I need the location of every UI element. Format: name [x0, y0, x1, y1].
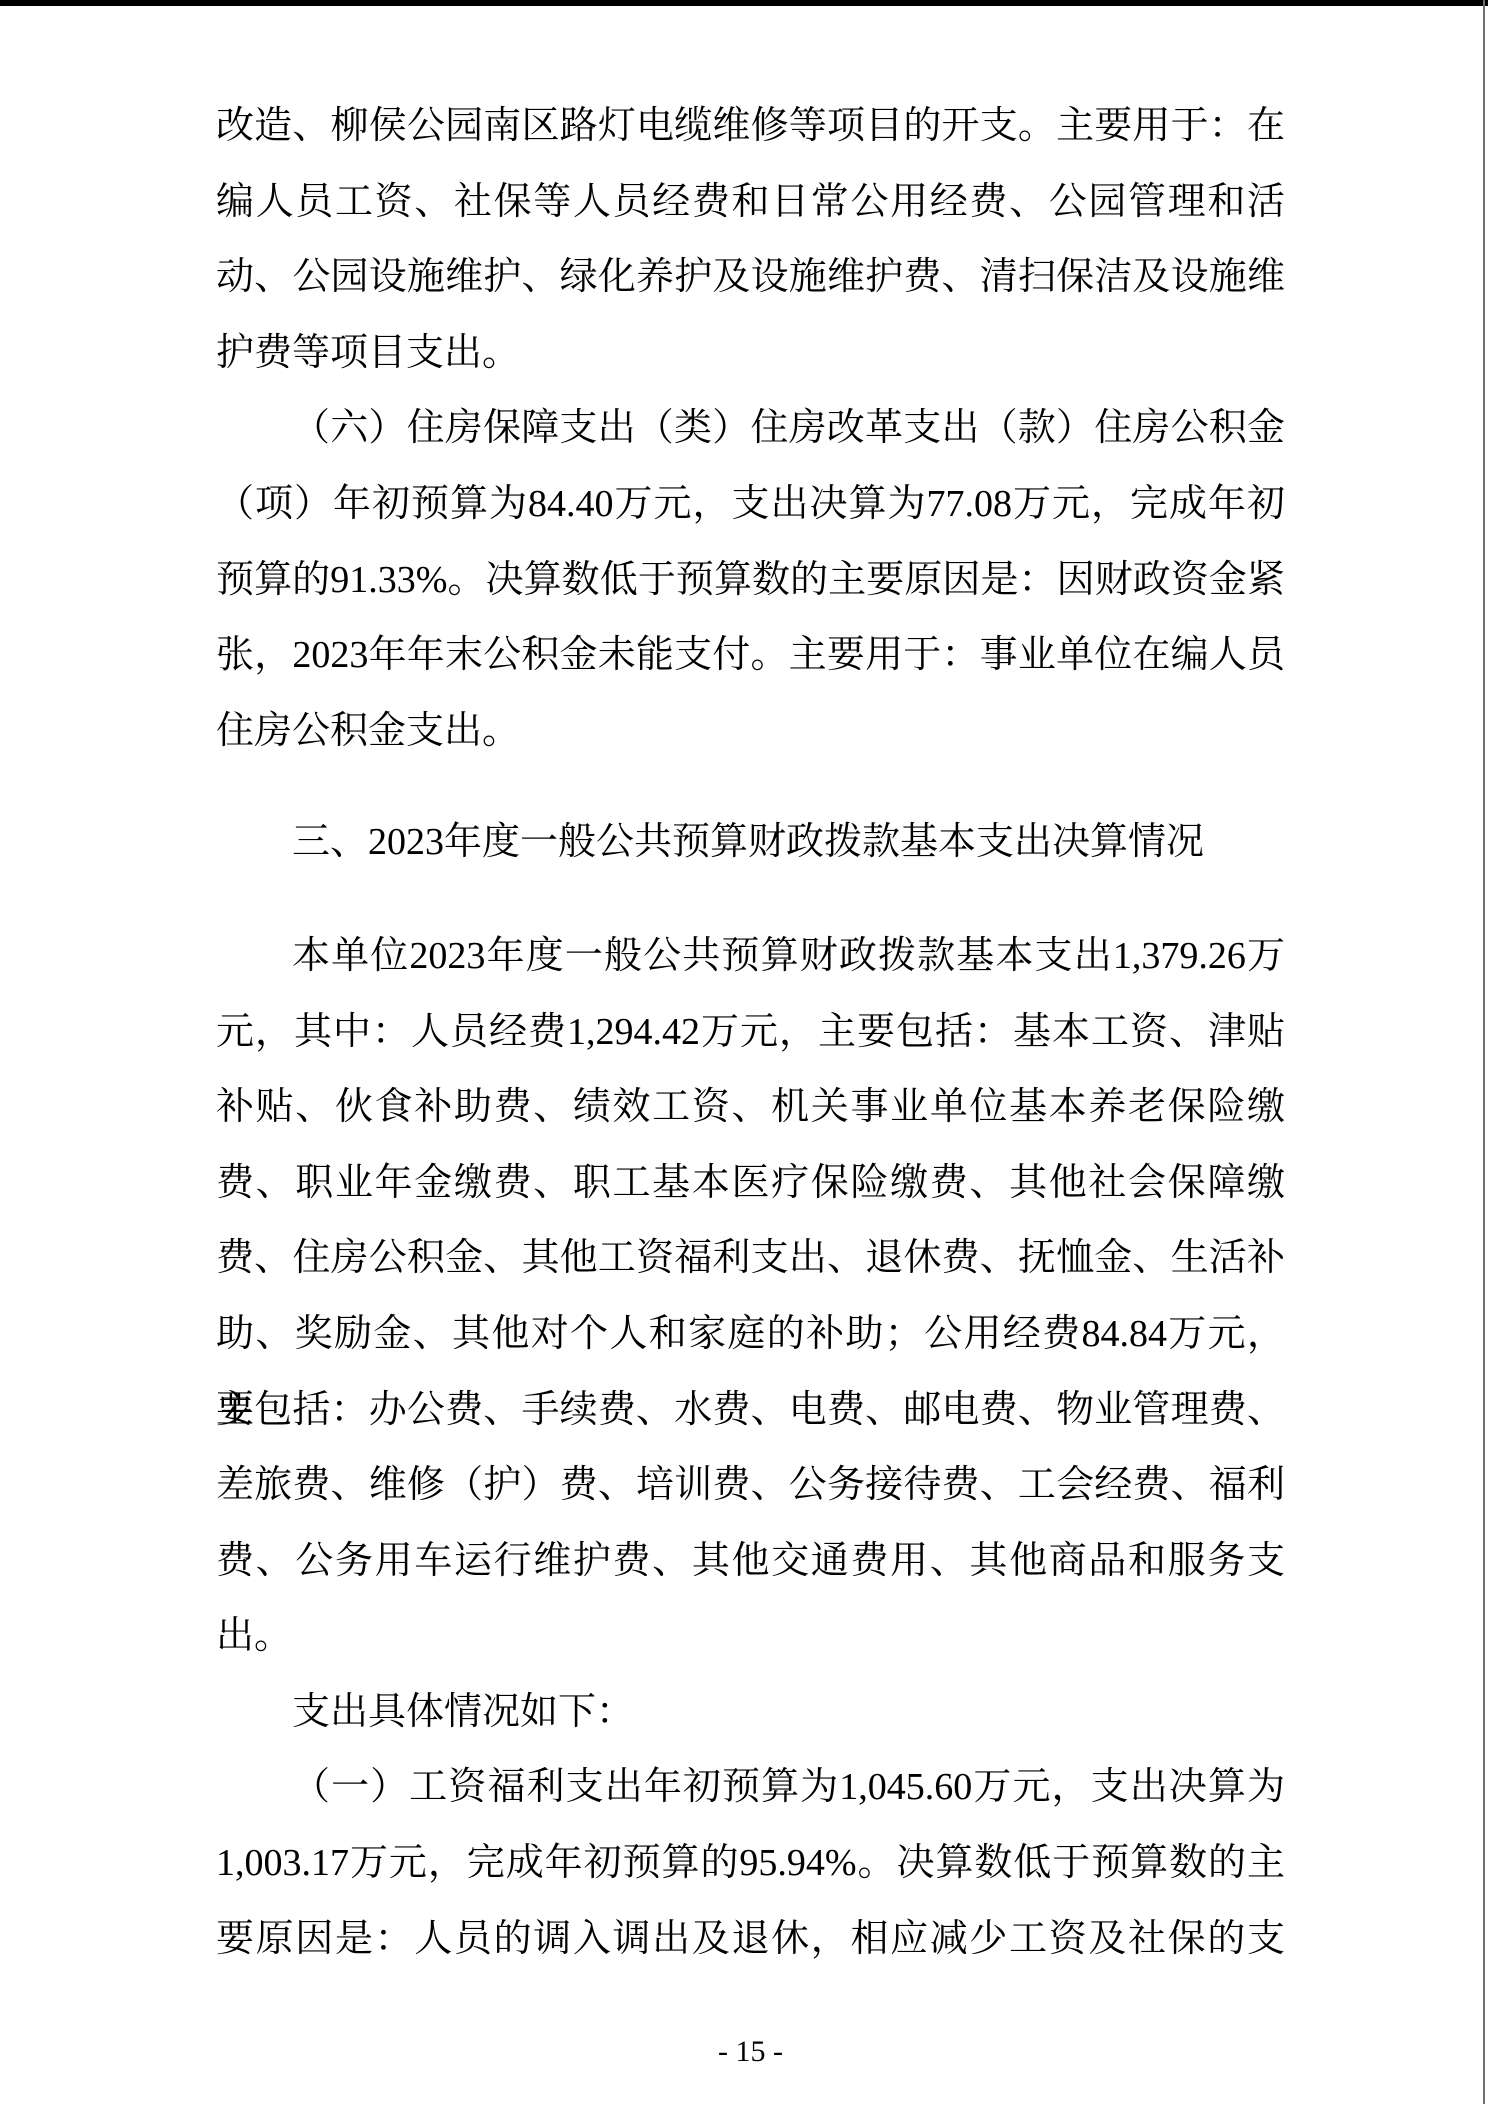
paragraph-line: 费、职业年金缴费、职工基本医疗保险缴费、其他社会保障缴 [216, 1146, 1285, 1222]
paragraph-line: 要原因是：人员的调入调出及退休，相应减少工资及社保的支 [216, 1902, 1285, 1978]
paragraph-line: 护费等项目支出。 [216, 316, 1285, 392]
paragraph-line: 差旅费、维修（护）费、培训费、公务接待费、工会经费、福利 [216, 1448, 1285, 1524]
paragraph-line: 住房公积金支出。 [216, 694, 1285, 770]
paragraph-line: 张，2023年年末公积金未能支付。主要用于：事业单位在编人员 [216, 618, 1285, 694]
page-number: - 15 - [216, 2030, 1285, 2074]
paragraph-line: 费、公务用车运行维护费、其他交通费用、其他商品和服务支 [216, 1524, 1285, 1600]
section-heading: 三、2023年度一般公共预算财政拨款基本支出决算情况 [216, 805, 1285, 881]
document-page: 改造、柳侯公园南区路灯电缆维修等项目的开支。主要用于：在编人员工资、社保等人员经… [0, 0, 1488, 2104]
paragraph-line: 费、住房公积金、其他工资福利支出、退休费、抚恤金、生活补 [216, 1221, 1285, 1297]
paragraph-line: 助、奖励金、其他对个人和家庭的补助；公用经费84.84万元，主 [216, 1297, 1285, 1373]
paragraph-line: 出。 [216, 1599, 1285, 1675]
paragraph-line: 动、公园设施维护、绿化养护及设施维护费、清扫保洁及设施维 [216, 240, 1285, 316]
paragraph-line: 补贴、伙食补助费、绩效工资、机关事业单位基本养老保险缴 [216, 1070, 1285, 1146]
paragraph-line: 本单位2023年度一般公共预算财政拨款基本支出1,379.26万 [216, 919, 1285, 995]
document-body-text: 改造、柳侯公园南区路灯电缆维修等项目的开支。主要用于：在编人员工资、社保等人员经… [216, 89, 1285, 1977]
paragraph-line: 编人员工资、社保等人员经费和日常公用经费、公园管理和活 [216, 165, 1285, 241]
paragraph-line: 1,003.17万元，完成年初预算的95.94%。决算数低于预算数的主 [216, 1826, 1285, 1902]
paragraph-line: （六）住房保障支出（类）住房改革支出（款）住房公积金 [216, 391, 1285, 467]
paragraph-line: 要包括：办公费、手续费、水费、电费、邮电费、物业管理费、 [216, 1373, 1285, 1449]
paragraph-line: 改造、柳侯公园南区路灯电缆维修等项目的开支。主要用于：在 [216, 89, 1285, 165]
scan-artifact-right-edge-line [1483, 0, 1485, 2104]
paragraph-line: 预算的91.33%。决算数低于预算数的主要原因是：因财政资金紧 [216, 543, 1285, 619]
paragraph-line: （一）工资福利支出年初预算为1,045.60万元，支出决算为 [216, 1750, 1285, 1826]
paragraph-line: （项）年初预算为84.40万元，支出决算为77.08万元，完成年初 [216, 467, 1285, 543]
paragraph-line: 元，其中：人员经费1,294.42万元，主要包括：基本工资、津贴 [216, 995, 1285, 1071]
scan-artifact-top-bar [0, 0, 1488, 6]
paragraph-line: 支出具体情况如下： [216, 1675, 1285, 1751]
